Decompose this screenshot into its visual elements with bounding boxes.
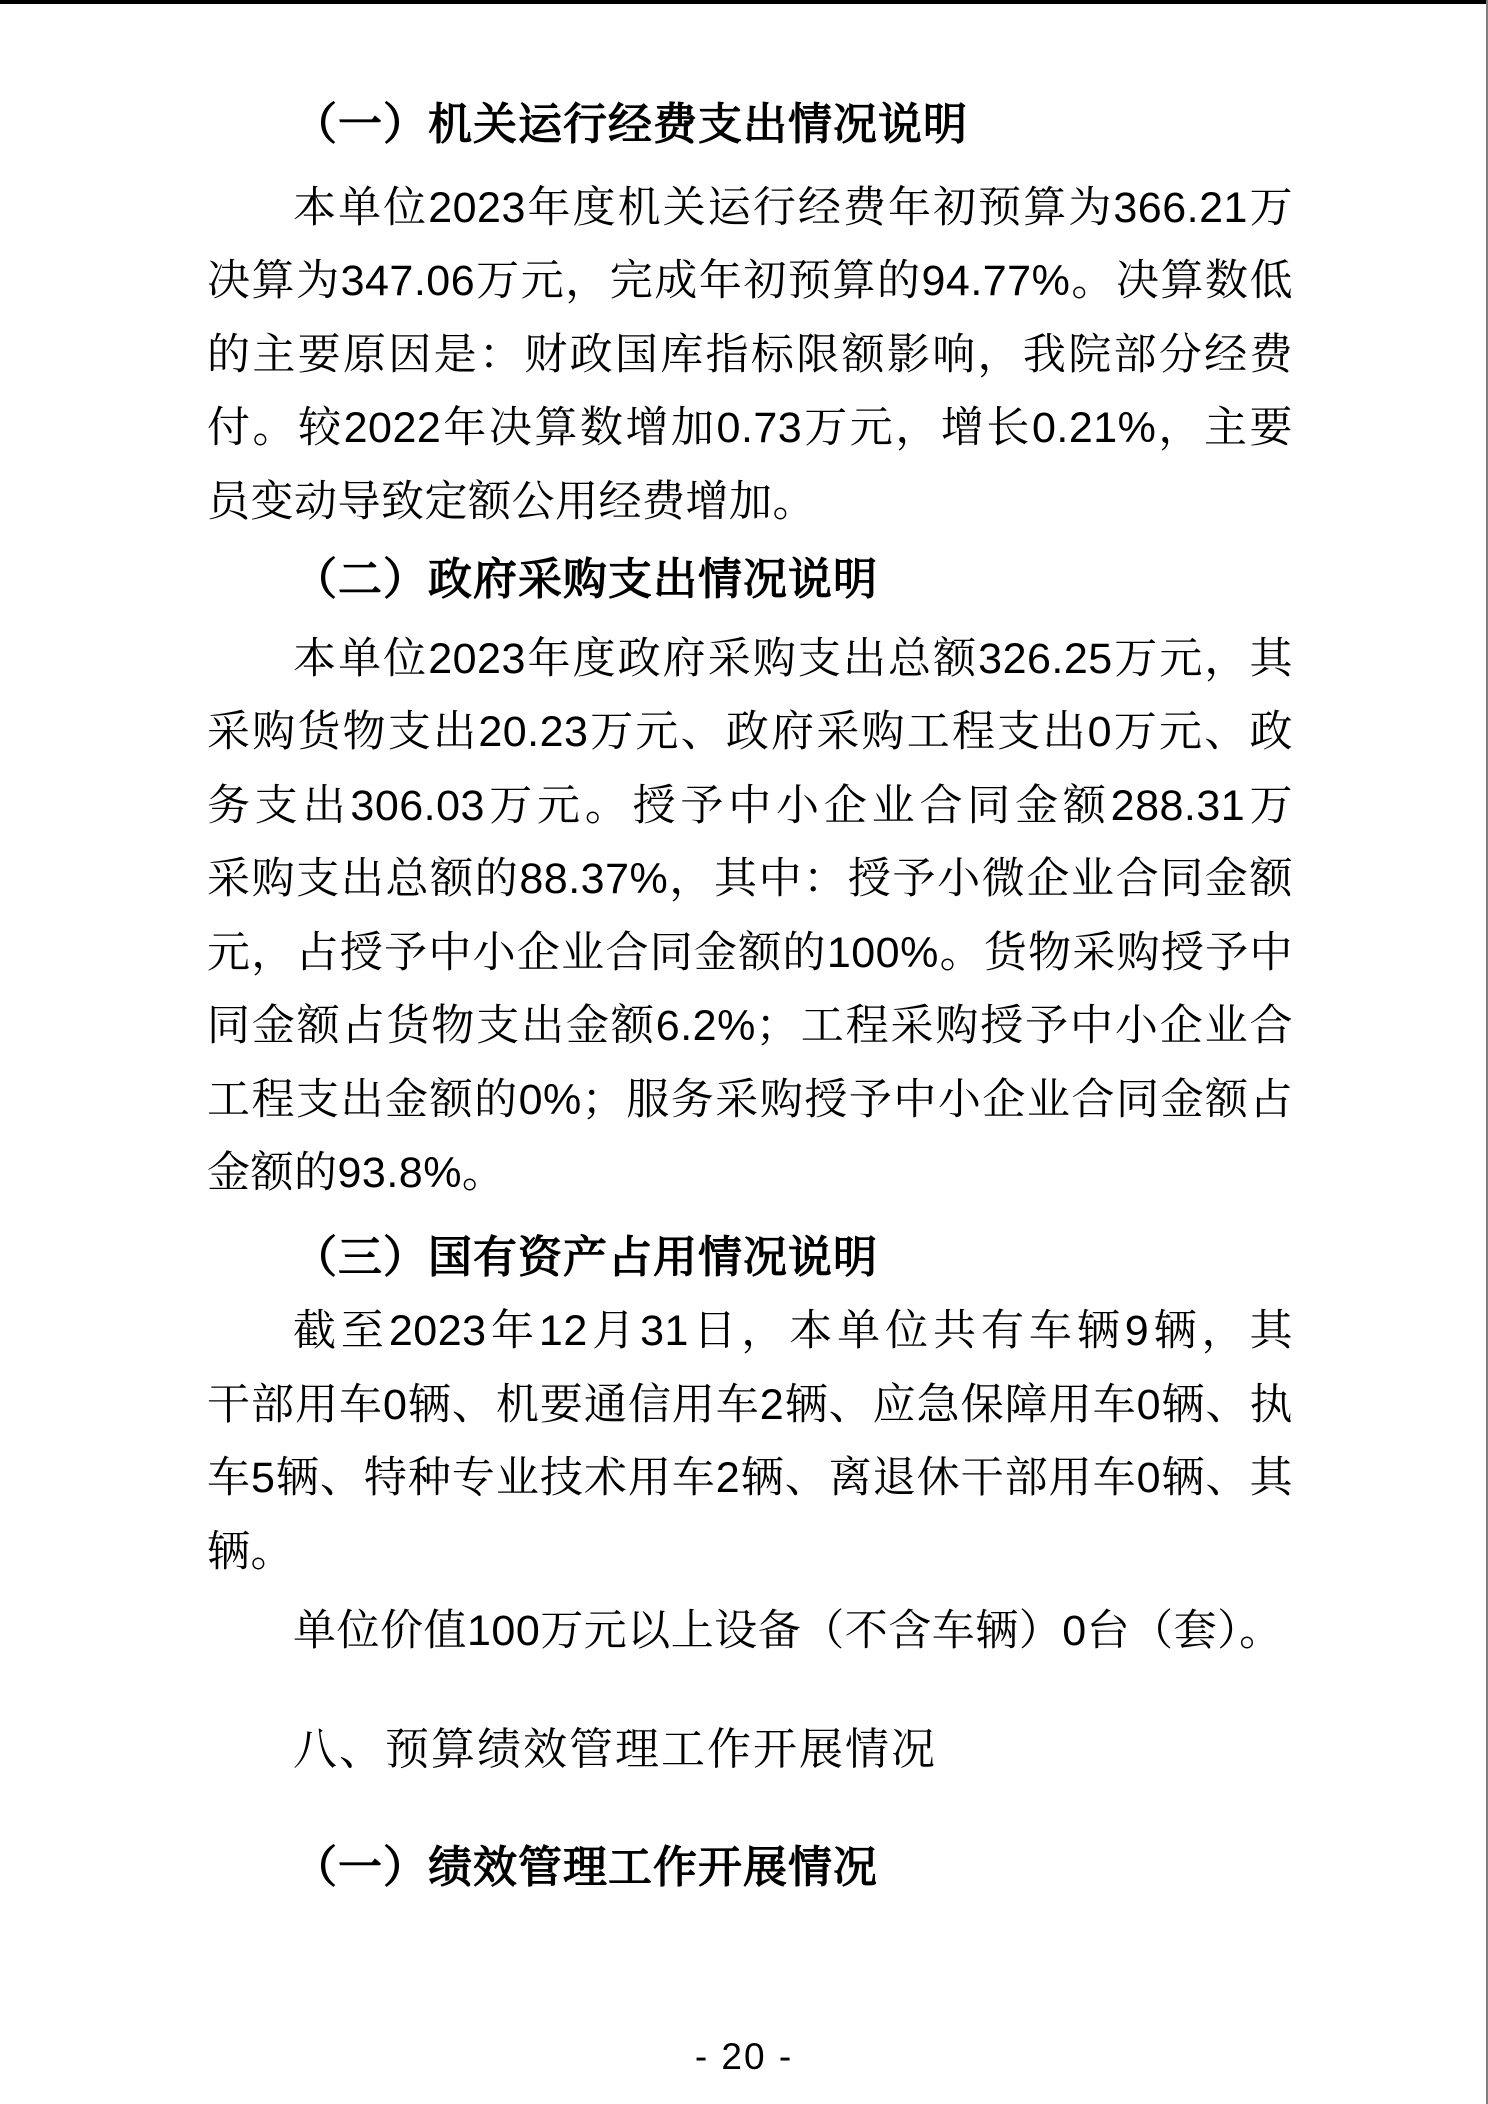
section-heading-org-operating-expense: （一）机关运行经费支出情况说明 xyxy=(207,88,1293,162)
section-heading-performance-work: （一）绩效管理工作开展情况 xyxy=(207,1831,1293,1905)
paragraph-line: 同金额占货物支出金额6.2%；工程采购授予中小企业合同金额占 xyxy=(207,990,1293,1064)
paragraph-line: 务支出306.03万元。授予中小企业合同金额288.31万元，占政府 xyxy=(207,770,1293,844)
paragraph-line: 采购货物支出20.23万元、政府采购工程支出0万元、政府采购服 xyxy=(207,696,1293,770)
document-body: （一）机关运行经费支出情况说明 本单位2023年度机关运行经费年初预算为366.… xyxy=(207,88,1293,1905)
paragraph-line: 决算为347.06万元，完成年初预算的94.77%。决算数低于预算数 xyxy=(207,245,1293,319)
paragraph-line: 辆。 xyxy=(207,1516,1293,1590)
paragraph-line: 本单位2023年度机关运行经费年初预算为366.21万元，支出 xyxy=(207,172,1293,246)
paragraph-line: 单位价值100万元以上设备（不含车辆）0台（套）。 xyxy=(207,1595,1293,1669)
paragraph-line: 的主要原因是：财政国库指标限额影响，我院部分经费未能支 xyxy=(207,319,1293,393)
paragraph-equipment: 单位价值100万元以上设备（不含车辆）0台（套）。 xyxy=(207,1595,1293,1669)
paragraph-line: 员变动导致定额公用经费增加。 xyxy=(207,466,1293,540)
section-heading-gov-procurement: （二）政府采购支出情况说明 xyxy=(207,543,1293,617)
paragraph-line: 截至2023年12月31日，本单位共有车辆9辆，其中：主要领导 xyxy=(207,1295,1293,1369)
paragraph-line: 元，占授予中小企业合同金额的100%。货物采购授予中小企业合 xyxy=(207,917,1293,991)
paragraph-line: 采购支出总额的88.37%，其中：授予小微企业合同金额288.31万 xyxy=(207,843,1293,917)
paragraph-org-operating-expense: 本单位2023年度机关运行经费年初预算为366.21万元，支出 决算为347.0… xyxy=(207,172,1293,540)
page-top-border xyxy=(0,0,1488,4)
paragraph-state-assets-vehicles: 截至2023年12月31日，本单位共有车辆9辆，其中：主要领导 干部用车0辆、机… xyxy=(207,1295,1293,1589)
page-number: - 20 - xyxy=(0,2036,1488,2078)
paragraph-line: 本单位2023年度政府采购支出总额326.25万元，其中：政府 xyxy=(207,623,1293,697)
section-heading-state-assets: （三）国有资产占用情况说明 xyxy=(207,1221,1293,1295)
paragraph-line: 付。较2022年决算数增加0.73万元，增长0.21%，主要原因是：人 xyxy=(207,392,1293,466)
paragraph-line: 金额的93.8%。 xyxy=(207,1137,1293,1211)
page: { "page": { "background": "#ffffff", "te… xyxy=(0,0,1488,2104)
paragraph-gov-procurement: 本单位2023年度政府采购支出总额326.25万元，其中：政府 采购货物支出20… xyxy=(207,623,1293,1211)
paragraph-line: 工程支出金额的0%；服务采购授予中小企业合同金额占服务支出 xyxy=(207,1064,1293,1138)
paragraph-line: 干部用车0辆、机要通信用车2辆、应急保障用车0辆、执法执勤用 xyxy=(207,1369,1293,1443)
paragraph-line: 车5辆、特种专业技术用车2辆、离退休干部用车0辆、其他用车0 xyxy=(207,1442,1293,1516)
section-heading-performance-management: 八、预算绩效管理工作开展情况 xyxy=(207,1713,1293,1787)
